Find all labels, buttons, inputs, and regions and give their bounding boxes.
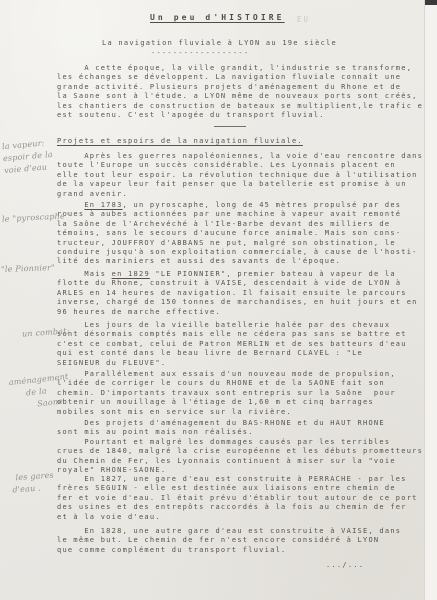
- text-line: du Chemin de Fer, les Lyonnais continuen…: [57, 457, 423, 466]
- text-line: chemin. D'importants travaux sont entrep…: [57, 389, 396, 398]
- margin-note-pionnier: "le Pionnier": [1, 262, 55, 276]
- text-line: de la vapeur leur fait penser que la bat…: [57, 180, 423, 189]
- text-line: "le Pionnier": [1, 262, 55, 276]
- text-line: elle tout leur espoir. La révolution tec…: [57, 171, 423, 180]
- paragraph-pyroscaphe: En 1783, un pyroscaphe, long de 45 mètre…: [57, 201, 418, 267]
- text-line: A cette époque, la ville grandit, l'indu…: [57, 64, 423, 73]
- line-post: construit à VAISE, descendait à vide de …: [144, 279, 401, 287]
- paragraph-amenagement: Parallélement aux essais d'un nouveau mo…: [57, 370, 396, 417]
- text-line: Après les guerres napoléoniennes, la voi…: [57, 152, 423, 161]
- text-line: Pourtant et malgré les dommages causés p…: [57, 438, 423, 447]
- paragraph-projets-rhone: Des projets d'aménagement du BAS-RHONE e…: [57, 419, 385, 438]
- paragraph-lines: roues à aubes actionnées par une machine…: [57, 210, 418, 266]
- text-line: obtenir un mouillage à l'étiage de 1,60 …: [57, 398, 396, 407]
- text-line: les chantiers de construction de bateaux…: [57, 102, 423, 111]
- text-line: Mais en 1829 "LE PIONNIER", premier bate…: [57, 270, 418, 279]
- scan-edge-strip: [424, 0, 437, 600]
- text-line: et à la voie d'eau.: [57, 513, 418, 522]
- text-line: les échanges se développent. La navigati…: [57, 73, 423, 82]
- page-title: Un peu d'HISTOIRE: [150, 13, 285, 22]
- text-line: lité des mariniers et aussi des savants …: [57, 257, 418, 266]
- text-line: flotte du Rhone, construit à VAISE, desc…: [57, 279, 418, 288]
- text-line: conduire jusqu'à son exploitation commer…: [57, 248, 418, 257]
- text-line: grande activité. Plusieurs projets d'amé…: [57, 83, 423, 92]
- text-line: mobiles sont mis en service sur la riviè…: [57, 408, 396, 417]
- underlined-date-1783: En 1783: [84, 201, 122, 209]
- paragraph-gare-perrache: En 1827, une gare d'eau est construite à…: [57, 475, 418, 522]
- text-line: témoins, sans le secours d'aucune force …: [57, 229, 418, 238]
- text-line: l'idée de corriger le cours du RHONE et …: [57, 379, 396, 388]
- marked-word-rhone: Rhone,: [112, 279, 145, 287]
- text-line: roues à aubes actionnées par une machine…: [57, 210, 418, 219]
- paragraph-lines: ARLES en 14 heures de navigation. Il fai…: [57, 289, 418, 317]
- text-line: En 1783, un pyroscaphe, long de 45 mètre…: [57, 201, 418, 210]
- text-line: Parallélement aux essais d'un nouveau mo…: [57, 370, 396, 379]
- line-pre: flotte du: [57, 279, 112, 287]
- text-line: sont désormais comptés mais elle ne céde…: [57, 330, 407, 339]
- text-line: la Saone sont à l'étude. a LYON même de …: [57, 92, 423, 101]
- paragraph-gare-vaise: En 1828, une autre gare d'eau est constr…: [57, 527, 401, 555]
- text-line: que comme complément du transport fluvia…: [57, 546, 401, 555]
- text-line: fer et voie d'eau. Il était prévu d'étab…: [57, 494, 418, 503]
- subtitle-dashes: ------------------: [151, 49, 249, 58]
- margin-note-gares-eau: les garesd'eau .: [11, 470, 55, 497]
- text-line: En 1828, une autre gare d'eau est constr…: [57, 527, 401, 536]
- text-line: Les jours de la vieille batellerie halée…: [57, 321, 407, 330]
- text-line: est soutenu. C'est l'apogée du transport…: [57, 111, 423, 120]
- text-line: crues de 1840, malgré la crise européenn…: [57, 447, 423, 456]
- section-heading: Projets et espoirs de la navigation fluv…: [57, 137, 303, 146]
- continuation-mark: .../...: [326, 561, 364, 570]
- scanned-document-page: Un peu d'HISTOIRE EU La navigation fluvi…: [0, 0, 437, 600]
- text-line: qui est conté dans le beau livre de Bern…: [57, 349, 407, 358]
- text-line: toute l'Europe un succès considérable. L…: [57, 161, 423, 170]
- text-line: SEIGNEUR du FLEUVE".: [57, 359, 407, 368]
- text-line: inverse, chargé de 150 tonnes de marchan…: [57, 298, 418, 307]
- scan-corner-mark: [425, 0, 437, 5]
- paragraph-intro: A cette époque, la ville grandit, l'indu…: [57, 64, 423, 120]
- paragraph-combat: Les jours de la vieille batellerie halée…: [57, 321, 407, 368]
- text-line: d'eau .: [12, 482, 55, 497]
- title-ghost-stamp: EU: [297, 15, 310, 24]
- line-post: , un pyroscaphe, long de 45 mètres propu…: [123, 201, 402, 209]
- text-line: ARLES en 14 heures de navigation. Il fai…: [57, 289, 418, 298]
- line-post: "LE PIONNIER", premier bateau à vapeur d…: [150, 270, 396, 278]
- underlined-date-1829: en 1829: [112, 270, 150, 278]
- paragraph-pionnier: Mais en 1829 "LE PIONNIER", premier bate…: [57, 270, 418, 317]
- text-line: En 1827, une gare d'eau est construite à…: [57, 475, 418, 484]
- text-line: tructeur, JOUFFROY d'ABBANS ne put, malg…: [57, 239, 418, 248]
- text-line: sont mis au point mais non réalisés.: [57, 428, 385, 437]
- text-line: Des projets d'aménagement du BAS-RHONE e…: [57, 419, 385, 428]
- page-subtitle: La navigation fluviale à LYON au 19e siè…: [102, 39, 337, 48]
- paragraph-voie-royale: Pourtant et malgré les dommages causés p…: [57, 438, 423, 476]
- margin-note-amenagement-saone: aménagementde laSaone: [8, 371, 71, 413]
- text-line: la Saône de l'Archevéché à l'Ile-Barbe d…: [57, 220, 418, 229]
- text-line: frères SEGUIN - elle est destinée aux li…: [57, 484, 418, 493]
- line-pre: [57, 201, 84, 209]
- paragraph-vapeur: Après les guerres napoléoniennes, la voi…: [57, 152, 423, 199]
- line-pre: Mais: [57, 270, 112, 278]
- text-line: des usines et des entrepôts raccordés à …: [57, 503, 418, 512]
- text-line: le même but. Le chemin de fer n'est enco…: [57, 536, 401, 545]
- margin-note-vapeur: la vapeur:espoir de lavoie d'eau: [2, 137, 55, 177]
- text-line: c'est ce combat, celui de Patron MERLIN …: [57, 340, 407, 349]
- text-line: 96 heures de marche effective.: [57, 308, 418, 317]
- text-line: grand avenir.: [57, 190, 423, 199]
- section-separator-line: [214, 126, 246, 127]
